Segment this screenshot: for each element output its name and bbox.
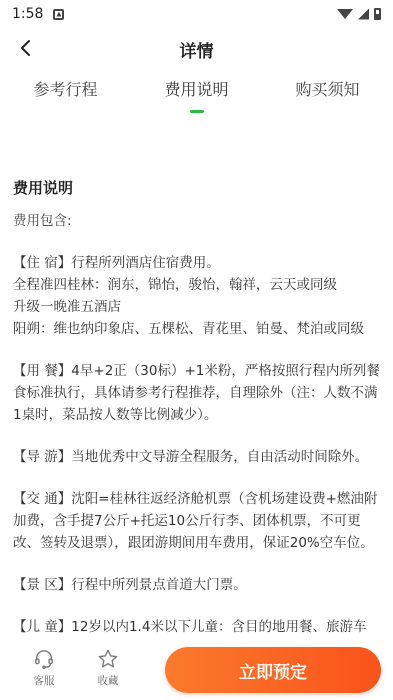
customer-service-button[interactable]: 客服: [24, 648, 64, 688]
signal-icon: [358, 9, 369, 20]
page-title: 详情: [0, 37, 393, 62]
tab-purchase-notes[interactable]: 购买须知: [262, 70, 393, 118]
wifi-icon: [337, 9, 353, 19]
status-icons: [337, 8, 381, 20]
fee-item-guide: 【导 游】当地优秀中文导游全程服务，自由活动时间除外。: [13, 446, 385, 468]
tab-fee-description[interactable]: 费用说明: [131, 70, 262, 118]
active-tab-indicator: [190, 110, 204, 113]
tab-label: 购买须知: [295, 80, 359, 99]
includes-label: 费用包含:: [13, 210, 385, 232]
star-icon: [97, 648, 119, 670]
fee-line: 【导 游】当地优秀中文导游全程服务，自由活动时间除外。: [13, 446, 385, 468]
notification-a-icon: [53, 9, 64, 20]
status-bar: 1:58: [0, 0, 393, 28]
customer-service-label: 客服: [24, 673, 64, 688]
fee-item-scenic: 【景 区】行程中所列景点首道大门票。: [13, 574, 385, 596]
favorite-label: 收藏: [88, 673, 128, 688]
bottom-action-bar: 客服 收藏 立即预定: [0, 642, 393, 700]
nav-bar: 详情: [0, 28, 393, 68]
favorite-button[interactable]: 收藏: [88, 648, 128, 688]
section-title: 费用说明: [13, 176, 385, 200]
fee-line: 升级一晚准五酒店: [13, 296, 385, 318]
tab-label: 费用说明: [164, 80, 228, 99]
fee-item-meals: 【用 餐】4早+2正（30标）+1米粉，严格按照行程内所列餐食标准执行，具体请参…: [13, 360, 385, 426]
battery-icon: [374, 8, 381, 20]
fee-line: 阳朔：维也纳印象店、五棵松、青花里、铂曼、梵泊或同级: [13, 318, 385, 340]
tab-itinerary[interactable]: 参考行程: [0, 70, 131, 118]
headset-icon: [33, 648, 55, 670]
fee-item-accommodation: 【住 宿】行程所列酒店住宿费用。 全程准四桂林：润东，锦怡，骏怡，翰祥，云天或同…: [13, 252, 385, 340]
fee-line: 【住 宿】行程所列酒店住宿费用。: [13, 252, 385, 274]
fee-line: 【儿 童】12岁以内1.4米以下儿童：含目的地用餐、旅游车: [13, 616, 385, 638]
fee-item-children: 【儿 童】12岁以内1.4米以下儿童：含目的地用餐、旅游车: [13, 616, 385, 638]
tab-bar: 参考行程 费用说明 购买须知: [0, 70, 393, 118]
book-now-button[interactable]: 立即预定: [165, 647, 381, 693]
fee-item-transport: 【交 通】沈阳=桂林往返经济舱机票（含机场建设费+燃油附加费，含手提7公斤+托运…: [13, 488, 385, 554]
fee-line: 【交 通】沈阳=桂林往返经济舱机票（含机场建设费+燃油附加费，含手提7公斤+托运…: [13, 488, 385, 554]
fee-content: 费用说明 费用包含: 【住 宿】行程所列酒店住宿费用。 全程准四桂林：润东，锦怡…: [13, 176, 385, 638]
status-time: 1:58: [12, 6, 43, 22]
fee-line: 【景 区】行程中所列景点首道大门票。: [13, 574, 385, 596]
fee-line: 【用 餐】4早+2正（30标）+1米粉，严格按照行程内所列餐食标准执行，具体请参…: [13, 360, 385, 426]
tab-label: 参考行程: [33, 80, 97, 99]
fee-line: 全程准四桂林：润东，锦怡，骏怡，翰祥，云天或同级: [13, 274, 385, 296]
